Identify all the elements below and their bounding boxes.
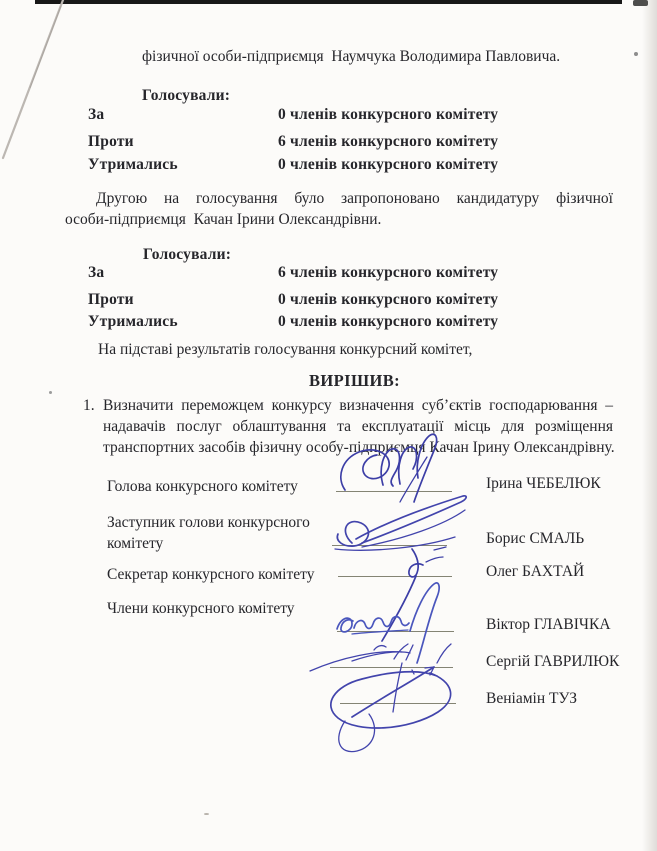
vote2-row-value: 0 членів конкурсного комітету [278,312,498,332]
scan-speck [634,52,638,56]
scan-top-edge-artifact [35,0,622,4]
signature-havryliuk-ink [310,644,451,674]
signature-line [338,576,452,577]
paragraph-line: Другою на голосування було запропоновано… [96,189,613,209]
decision-line: транспортних засобів фізичну особу-підпр… [103,438,615,458]
signer-role: Заступник голови конкурсного комітету [107,512,335,554]
signature-tuz-ink [331,646,451,752]
decision-item-number: 1. [83,396,95,416]
signer-name: Веніамін ТУЗ [486,689,577,709]
signature-bakhtai-ink [382,547,446,641]
vote2-row-label: За [88,263,104,283]
signer-role: Голова конкурсного комітету [107,477,298,497]
signature-smal-ink [335,496,466,550]
signer-name: Ірина ЧЕБЕЛЮК [486,474,601,494]
vote-block1-heading: Голосували: [142,86,230,106]
basis-line: На підставі результатів голосування конк… [98,340,472,360]
signer-name: Сергій ГАВРИЛЮК [486,652,619,672]
intro-line: фізичної особи-підприємця Наумчука Волод… [142,47,560,67]
signer-role: Члени конкурсного комітету [107,599,295,619]
scan-speck [204,813,209,815]
vote-block2-heading: Голосували: [143,245,231,265]
signer-name: Борис СМАЛЬ [486,529,584,549]
signer-role: Секретар конкурсного комітету [107,565,314,585]
signature-line [340,703,456,704]
vote1-row-value: 0 членів конкурсного комітету [278,105,498,125]
decision-line: надавачів послуг облаштування та експлуа… [103,417,613,437]
signature-line [337,631,454,632]
signature-line [330,667,453,668]
signer-name: Олег БАХТАЙ [486,562,584,582]
signature-line [336,491,452,492]
decision-line: Визначити переможцем конкурсу визначення… [103,396,613,416]
vote1-row-label: Проти [88,132,134,152]
vote2-row-label: Утримались [88,312,178,332]
vote2-row-value: 0 членів конкурсного комітету [278,290,498,310]
signer-name: Віктор ГЛАВІЧКА [486,615,611,635]
vote2-row-label: Проти [88,290,134,310]
signature-line [332,545,447,546]
vote1-row-value: 6 членів конкурсного комітету [278,132,498,152]
decision-heading: ВИРІШИВ: [96,371,613,391]
scan-speck [49,391,52,394]
scanned-document-page: фізичної особи-підприємця Наумчука Волод… [0,0,657,851]
page-edge-shadow [642,0,657,851]
vote1-row-label: За [88,105,104,125]
vote1-row-value: 0 членів конкурсного комітету [278,155,498,175]
paragraph-line: особи-підприємця Качан Ірини Олександрів… [65,210,381,230]
vote1-row-label: Утримались [88,155,178,175]
signature-hlavichka-ink [337,583,439,663]
vote2-row-value: 6 членів конкурсного комітету [278,263,498,283]
